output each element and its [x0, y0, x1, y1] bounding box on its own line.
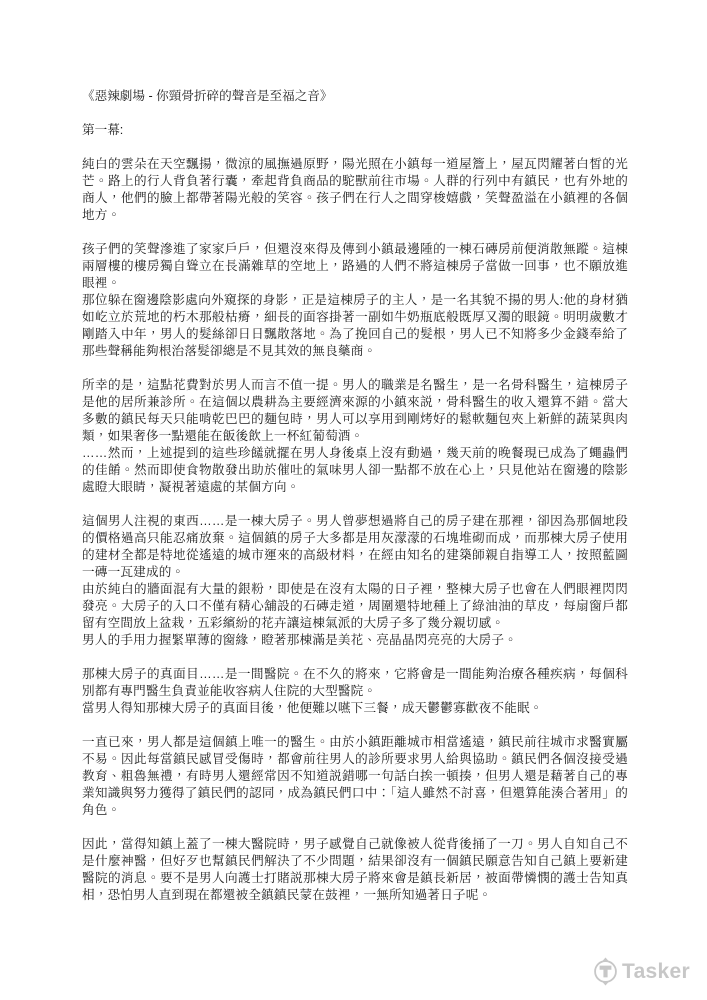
- document-body: 純白的雲朵在天空飄揚，微涼的風撫過原野，陽光照在小鎮每一道屋簷上，屋瓦閃耀著白皙…: [82, 156, 628, 904]
- paragraph: 因此，當得知鎮上蓋了一棟大醫院時，男子感覺自己就像被人從背後捅了一刀。男人自知自…: [82, 836, 628, 904]
- paragraph: 純白的雲朵在天空飄揚，微涼的風撫過原野，陽光照在小鎮每一道屋簷上，屋瓦閃耀著白皙…: [82, 156, 628, 224]
- tasker-logo-icon: [591, 957, 620, 986]
- paragraph: 這個男人注視的東西……是一棟大房子。男人曾夢想過將自己的房子建在那裡，卻因為那個…: [82, 513, 628, 649]
- paragraph: 一直已來，男人都是這個鎮上唯一的醫生。由於小鎮距離城市相當遙遠，鎮民前往城市求醫…: [82, 734, 628, 819]
- document-page: 《惡辣劇場 - 你頸骨折碎的聲音是至福之音》 第一幕: 純白的雲朵在天空飄揚，微…: [82, 88, 628, 921]
- act-label: 第一幕:: [82, 122, 628, 139]
- watermark: Tasker: [591, 957, 690, 986]
- document-title: 《惡辣劇場 - 你頸骨折碎的聲音是至福之音》: [82, 88, 628, 105]
- paragraph: 孩子們的笑聲滲進了家家戶戶，但還沒來得及傳到小鎮最邊陲的一棟石磚房前便消散無蹤。…: [82, 241, 628, 360]
- paragraph: 所幸的是，這點花費對於男人而言不值一提。男人的職業是名醫生，是一名骨科醫生，這棟…: [82, 377, 628, 496]
- paragraph: 那棟大房子的真面目……是一間醫院。在不久的將來，它將會是一間能夠治療各種疾病，每…: [82, 666, 628, 717]
- watermark-text: Tasker: [622, 957, 690, 986]
